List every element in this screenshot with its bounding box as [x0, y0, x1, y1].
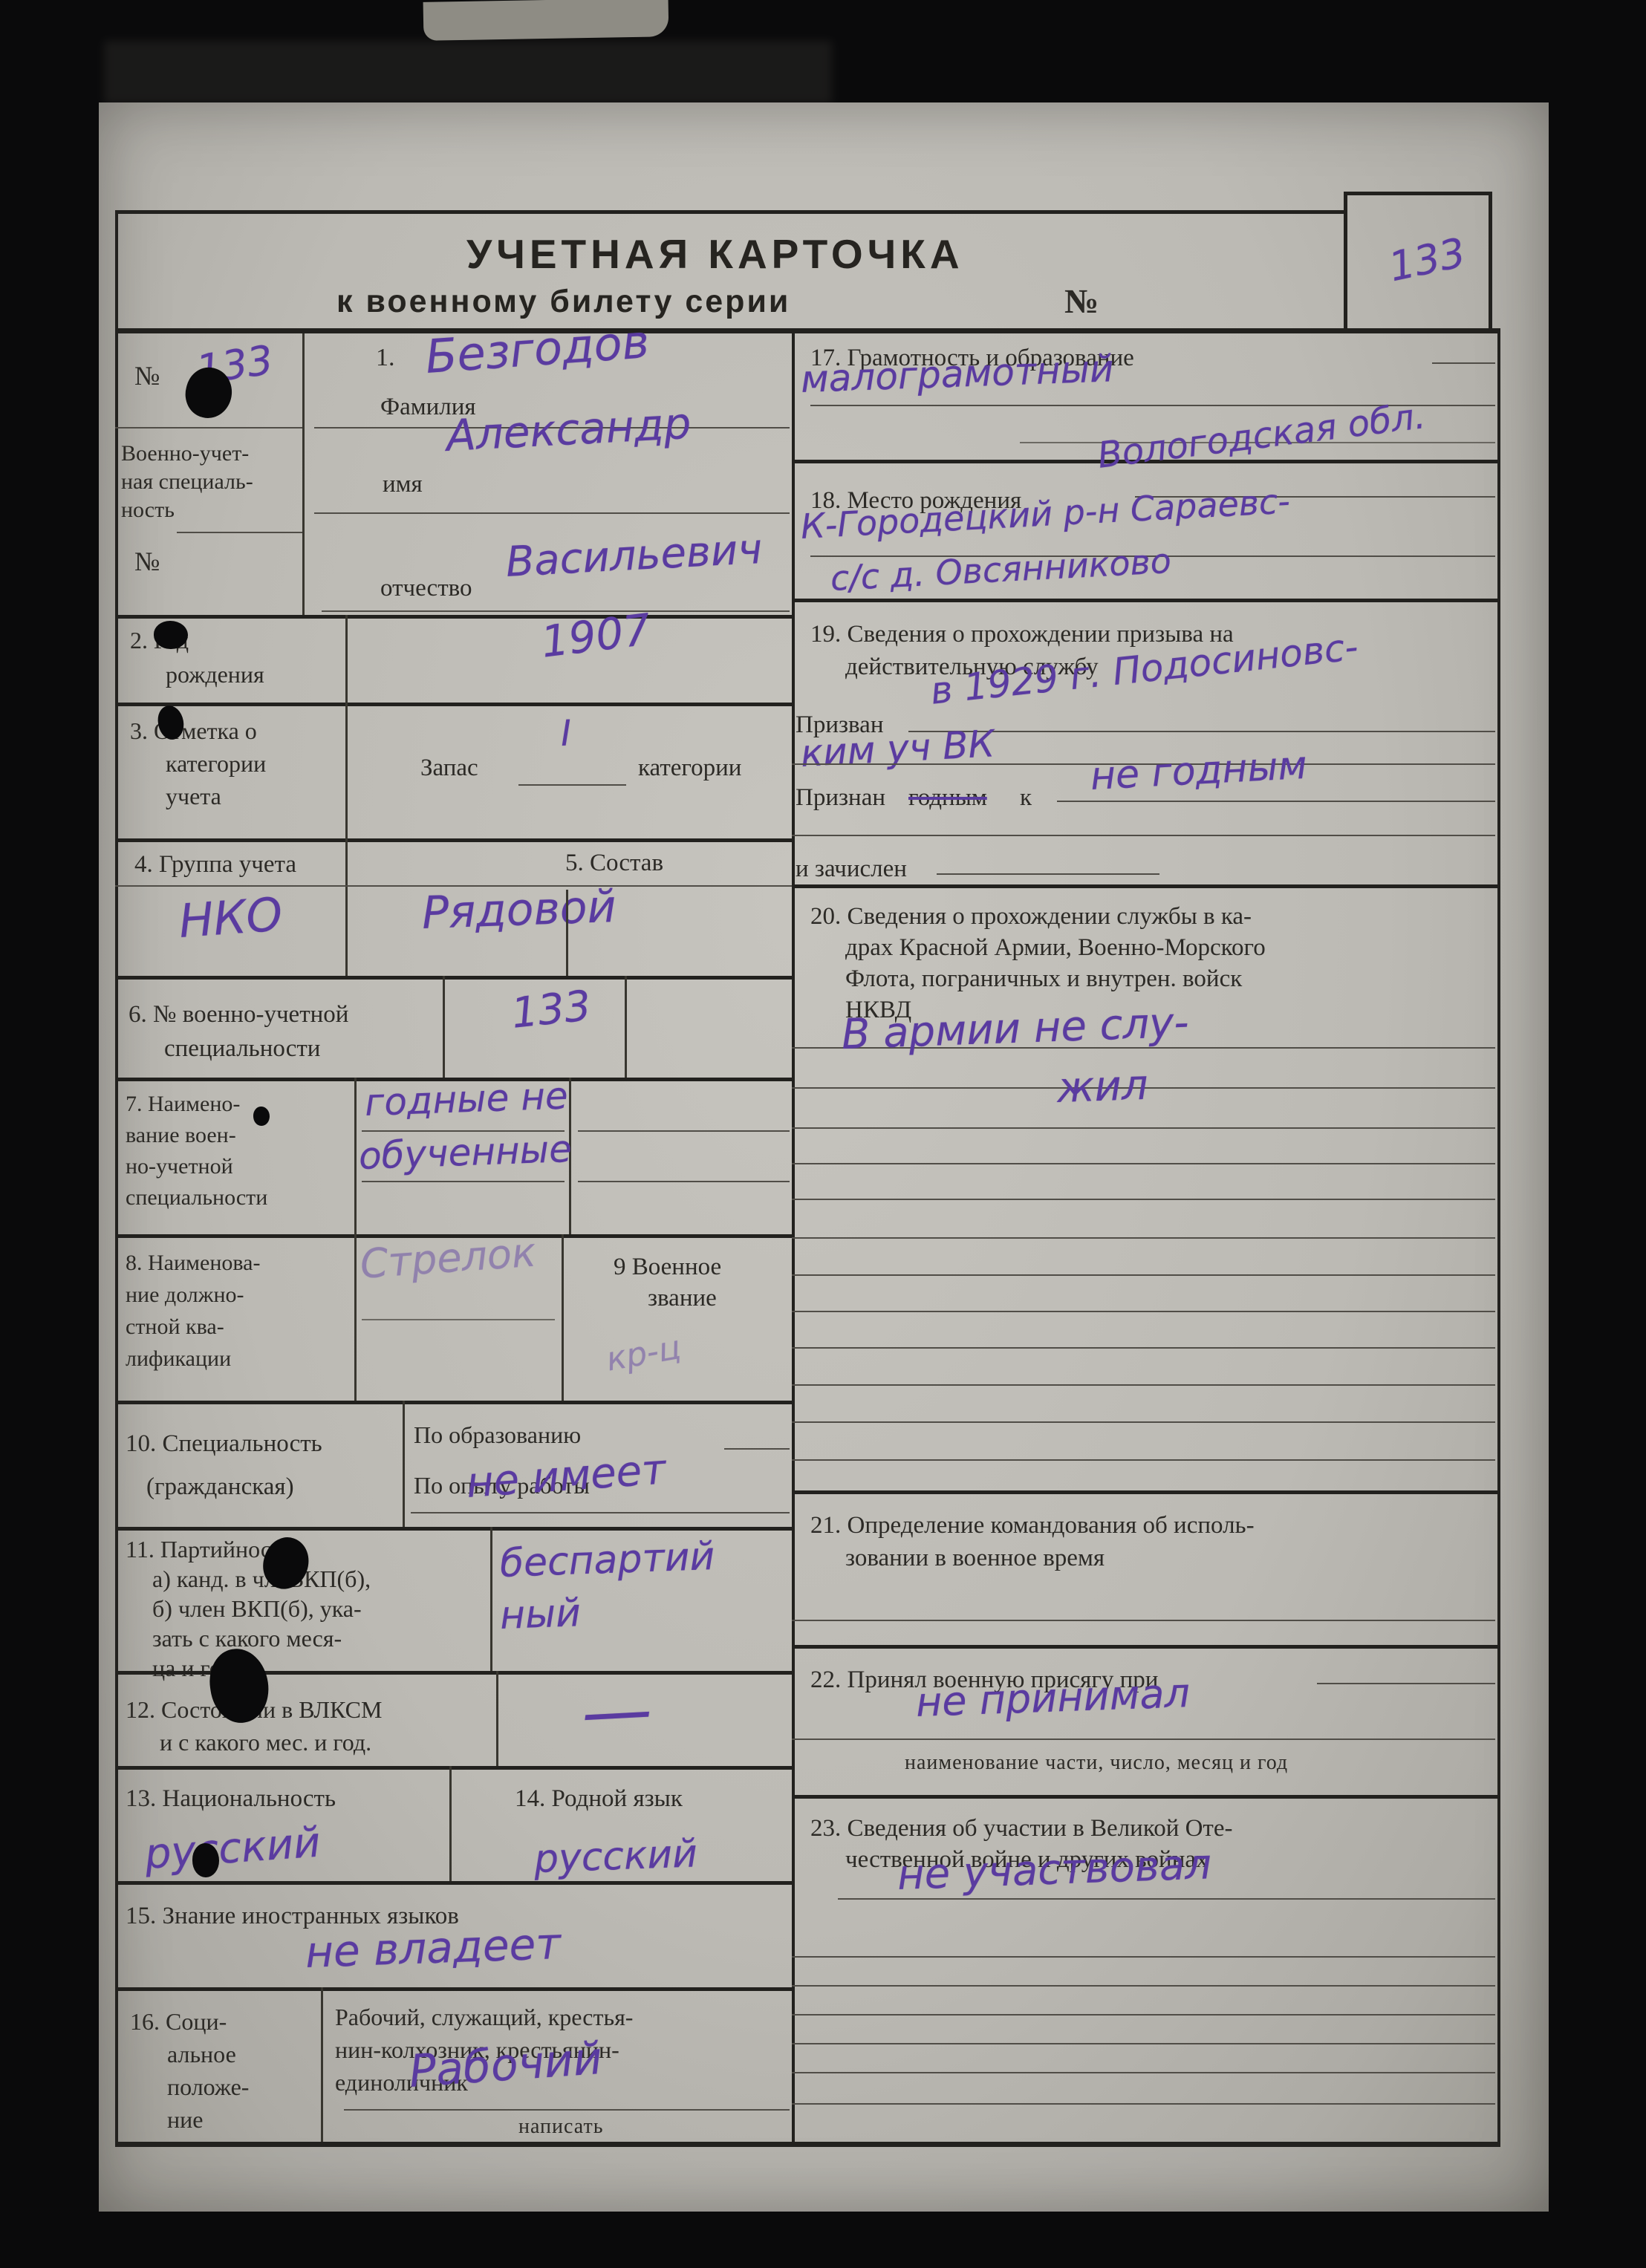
ruled-line [177, 532, 302, 533]
ruled-line [578, 1130, 790, 1132]
card-title: УЧЕТНАЯ КАРТОЧКА [466, 230, 964, 278]
row1-subcolumn-divider [302, 333, 305, 616]
field8-label-line: 8. Наименова- [126, 1251, 260, 1277]
conscripted-value-line: ким уч ВК [800, 725, 995, 772]
zachislen-label: и зачислен [796, 856, 907, 884]
ruled-line [518, 784, 626, 786]
vus-label-line: ность [121, 498, 175, 524]
row-border [115, 1881, 795, 1885]
field8-label-line: стной ква- [126, 1314, 224, 1340]
ruled-line [792, 1956, 1495, 1958]
priznan-label: Признан [796, 784, 885, 812]
field10-label-line: (гражданская) [146, 1473, 294, 1502]
field21-label-line: зовании в военное время [845, 1545, 1105, 1573]
field4-label: 4. Группа учета [134, 851, 296, 879]
row-border [115, 1527, 795, 1531]
ruled-line [792, 1163, 1495, 1164]
field11-label-line: б) член ВКП(б), ука- [152, 1595, 362, 1623]
field7-label-line: специальности [126, 1185, 267, 1211]
sostav-value: Рядовой [421, 884, 617, 936]
name-value: Александр [445, 402, 692, 457]
field8-label-line: лификации [126, 1346, 231, 1372]
cell-divider [354, 1078, 357, 1234]
field16-options-line: Рабочий, служащий, крестья- [335, 2004, 633, 2031]
ruled-line [314, 512, 790, 514]
ruled-line [792, 1274, 1495, 1276]
ruled-line [792, 2014, 1495, 2016]
ruled-line [344, 2109, 790, 2111]
section-border [792, 1490, 1500, 1494]
field3-label-line: 3. Отметка о [130, 717, 257, 745]
field1-number: 1. [376, 343, 395, 372]
field2-label-line: рождения [166, 661, 264, 688]
field9-value: кр-ц [604, 1332, 683, 1377]
field16-label-line: ние [167, 2106, 203, 2134]
ruled-line [792, 2043, 1495, 2044]
row-border [115, 976, 795, 980]
ruled-line [937, 873, 1159, 875]
paper-defect [253, 1107, 270, 1126]
ruled-line [578, 1181, 790, 1182]
field16-label-line: альное [167, 2041, 236, 2068]
native-language-value: русский [533, 1834, 698, 1879]
ruled-line [792, 1237, 1495, 1239]
ruled-line [792, 1739, 1495, 1740]
field9-label-line: звание [648, 1285, 717, 1313]
field23-label-line: 23. Сведения об участии в Великой Оте- [810, 1815, 1233, 1843]
service-value-line: В армии не слу- [841, 1003, 1189, 1056]
kategorii-label: категории [638, 755, 741, 783]
ruled-line [792, 2103, 1495, 2105]
ruled-line [792, 1311, 1495, 1312]
cell-divider [345, 703, 348, 838]
field13-label: 13. Национальность [126, 1785, 336, 1814]
ruled-line [792, 2072, 1495, 2073]
ruled-line [1317, 1683, 1495, 1684]
field6-label-line: 6. № военно-учетной [129, 1001, 348, 1029]
cell-divider [345, 615, 348, 704]
priznan-struck-word: годным [908, 784, 987, 812]
vus-label-line: Военно-учет- [121, 441, 249, 467]
field16-label-line: 16. Соци- [130, 2008, 227, 2036]
field11-label-line: а) канд. в чл. ВКП(б), [152, 1565, 371, 1593]
ruled-line [362, 1319, 555, 1320]
ruled-line [792, 1347, 1495, 1349]
scan-artifact [104, 41, 832, 104]
field10-value: не имеет [465, 1449, 667, 1505]
field8-value: Стрелок [359, 1233, 537, 1285]
field11-label-line: зать с какого меся- [152, 1625, 342, 1652]
field20-label-line: драх Красной Армии, Военно-Морского [845, 934, 1266, 962]
field12-label-line: и с какого мес. и год. [160, 1729, 371, 1756]
table-bottom-border [115, 2142, 1500, 2147]
row-border [115, 1766, 795, 1770]
party-value-line: беспартий [499, 1537, 715, 1583]
zapas-label: Запас [420, 755, 478, 783]
cell-divider [403, 1401, 405, 1528]
punch-hole [154, 621, 188, 649]
row-border [115, 838, 795, 842]
cell-divider [562, 1234, 564, 1401]
ruled-line [792, 835, 1495, 836]
ruled-line [724, 1448, 790, 1450]
ruled-line [792, 1421, 1495, 1423]
field3-label-line: категории [166, 750, 266, 778]
ruled-line [362, 1181, 565, 1182]
scanned-card-page: УЧЕТНАЯ КАРТОЧКА к военному билету серии… [0, 0, 1646, 2268]
cell-divider [443, 976, 445, 1079]
field20-label-line: 20. Сведения о прохождении службы в ка- [810, 903, 1252, 931]
cell-divider [354, 1234, 357, 1401]
field7-label-line: но-учетной [126, 1154, 233, 1180]
ruled-line [792, 1127, 1495, 1129]
punch-hole [192, 1843, 219, 1877]
reg-no2-label: № [134, 547, 160, 577]
ruled-line [1432, 362, 1495, 364]
by-education-label: По образованию [414, 1421, 581, 1449]
ruled-line [792, 1199, 1495, 1200]
field3-label-line: учета [166, 783, 221, 810]
birthplace-line: с/с д. Овсянниково [830, 544, 1172, 596]
vus-number-value: 133 [510, 985, 593, 1035]
row-border [115, 615, 795, 619]
cell-divider [321, 1987, 323, 2142]
foreign-languages-value: не владеет [305, 1922, 562, 1974]
birth-year-value: 1907 [539, 607, 653, 664]
ruled-line [792, 1620, 1495, 1621]
ruled-line [115, 427, 302, 428]
reg-no-label: № [134, 361, 160, 391]
ruled-line [838, 1898, 1495, 1900]
oath-caption: наименование части, число, месяц и год [905, 1751, 1288, 1775]
field10-label-line: 10. Специальность [126, 1430, 322, 1459]
social-status-value: Рабочий [408, 2036, 604, 2094]
nationality-value: русский [143, 1822, 322, 1876]
row-border [115, 703, 795, 706]
ruled-line [792, 1384, 1495, 1386]
field9-label-line: 9 Военное [614, 1254, 721, 1282]
party-value-line: ный [499, 1594, 582, 1635]
field14-label: 14. Родной язык [515, 1785, 683, 1814]
inner-cell-divider [566, 890, 568, 977]
section-border [792, 1795, 1500, 1799]
cell-divider [449, 1766, 452, 1881]
field6-label-line: специальности [164, 1035, 320, 1063]
registration-card-paper: УЧЕТНАЯ КАРТОЧКА к военному билету серии… [99, 102, 1549, 2212]
field8-label-line: ние должно- [126, 1283, 244, 1309]
ruled-line [411, 1512, 790, 1513]
napisat-caption: написать [518, 2115, 604, 2139]
name-label: имя [383, 471, 423, 499]
service-value-line: жил [1056, 1065, 1149, 1109]
card-subtitle: к военному билету серии [336, 284, 790, 320]
cell-divider [345, 838, 348, 977]
surname-value: Безгодов [424, 319, 651, 380]
row-border [115, 1401, 795, 1404]
ruled-line [322, 610, 790, 612]
cell-divider [490, 1527, 492, 1671]
literacy-value: малограмотный [800, 350, 1114, 398]
field20-label-line: Флота, пограничных и внутрен. войск [845, 965, 1242, 994]
section-border [792, 1645, 1500, 1649]
field7-label-line: 7. Наимено- [126, 1092, 240, 1118]
fitness-value: не годным [1090, 746, 1308, 796]
row-border [115, 1987, 795, 1991]
war-participation-value: не участвовал [897, 1844, 1212, 1897]
patronymic-value: Васильевич [505, 529, 764, 584]
field5-label: 5. Состав [565, 850, 663, 878]
torn-paper-scrap [423, 0, 669, 41]
section-border [792, 884, 1500, 888]
header-top-border [115, 210, 1344, 214]
cell-divider [625, 976, 627, 1079]
ruled-line [792, 1985, 1495, 1987]
group-value: НКО [178, 891, 284, 945]
ruled-line [1057, 801, 1495, 802]
series-no-sign: № [1064, 282, 1099, 322]
vlksm-dash-value: — [580, 1675, 654, 1749]
oath-value: не принимал [915, 1673, 1191, 1723]
section-border [792, 599, 1500, 602]
ruled-line [792, 1459, 1495, 1461]
table-left-border [115, 210, 118, 2147]
cell-divider [496, 1671, 498, 1766]
vus-label-line: ная специаль- [121, 469, 253, 495]
field7-value-line: обученные [358, 1130, 573, 1175]
patronymic-label: отчество [380, 575, 472, 603]
field16-label-line: положе- [167, 2073, 249, 2101]
category-value: I [560, 716, 572, 752]
ruled-line [908, 731, 1495, 732]
field21-label-line: 21. Определение командования об исполь- [810, 1512, 1255, 1540]
field7-value-line: годные не [364, 1077, 568, 1121]
header-bottom-border [115, 328, 1497, 333]
priznan-k-word: к [1020, 784, 1032, 812]
field7-label-line: вание воен- [126, 1123, 236, 1149]
